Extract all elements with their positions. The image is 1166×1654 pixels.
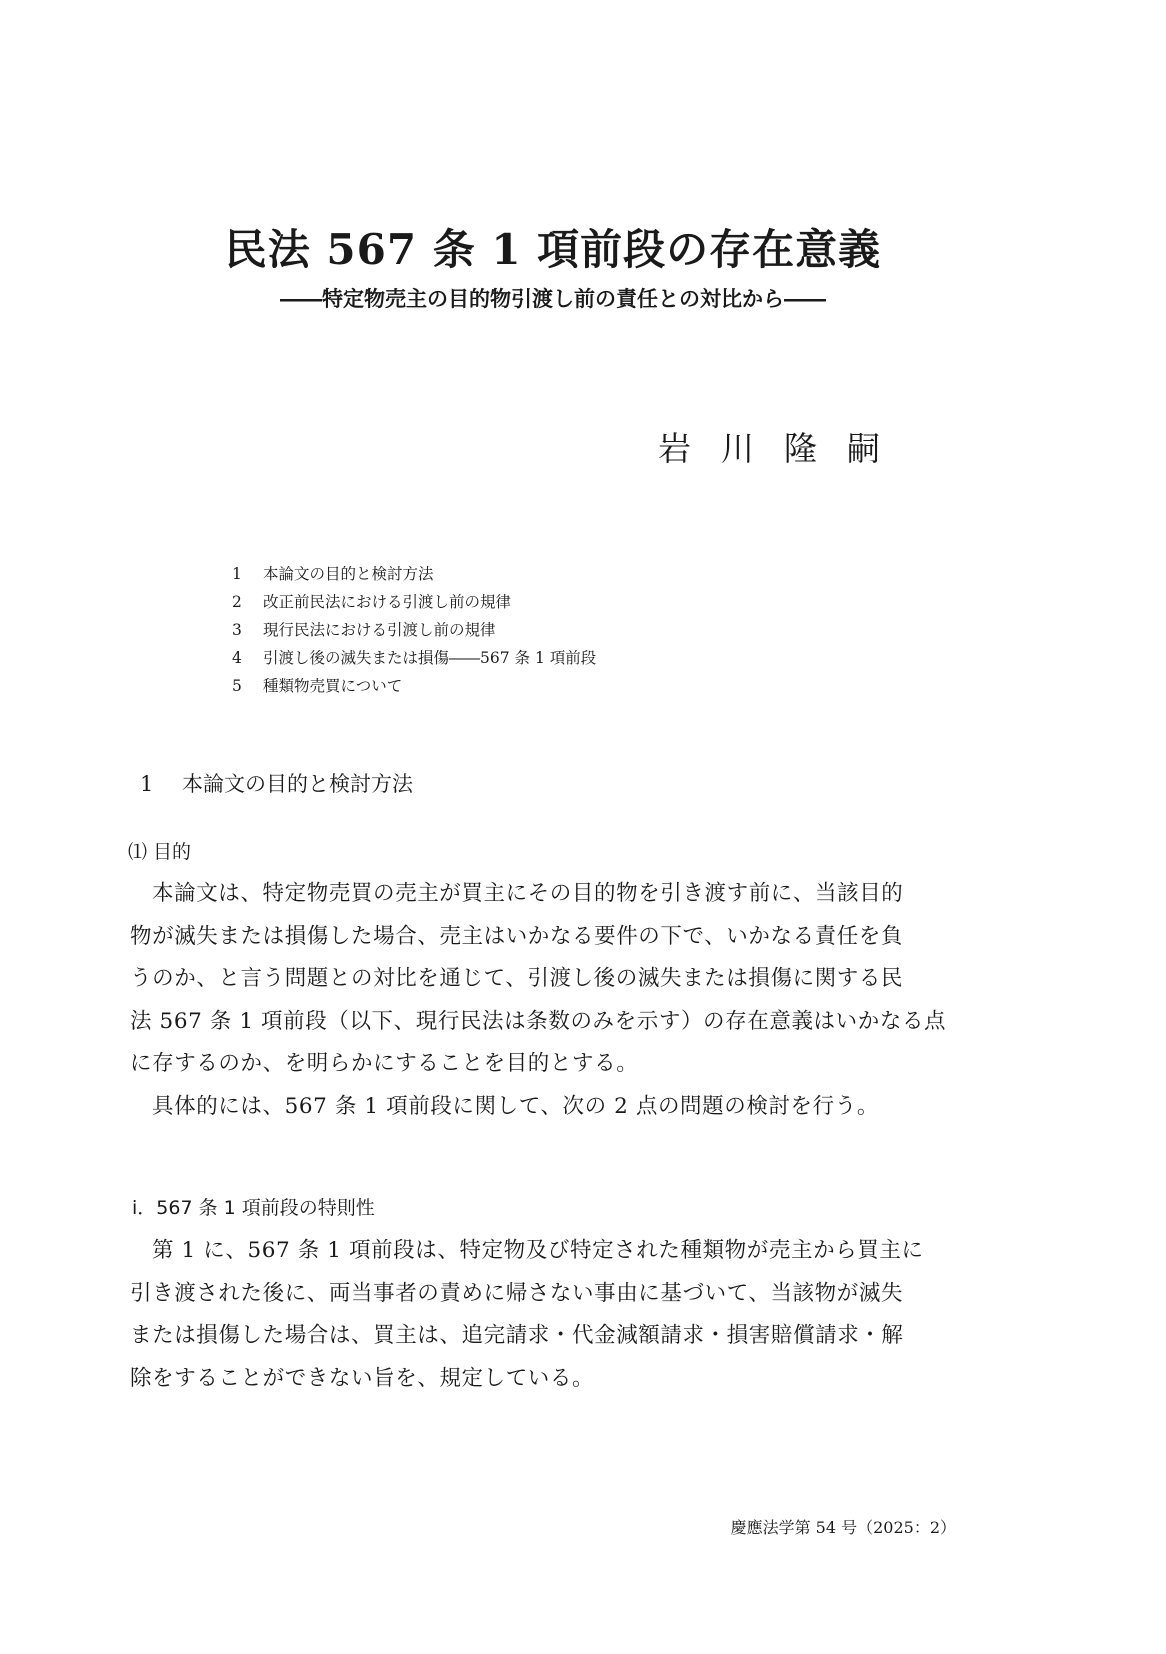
paragraph-line: 引き渡された後に、両当事者の責めに帰さない事由に基づいて、当該物が滅失 <box>130 1273 978 1316</box>
toc-item-label: 改正前民法における引渡し前の規律 <box>263 588 511 616</box>
toc-item: 2 改正前民法における引渡し前の規律 <box>232 588 832 616</box>
paragraph-line: に存するのか、を明らかにすることを目的とする。 <box>130 1043 978 1086</box>
toc-item: 3 現行民法における引渡し前の規律 <box>232 616 832 644</box>
journal-footer: 慶應法学第 54 号（2025：2） <box>640 1514 956 1542</box>
point-heading: ⅰ．567 条 1 項前段の特則性 <box>132 1191 375 1225</box>
toc-item-number: 4 <box>232 644 263 672</box>
paragraph-line: 物が滅失または損傷した場合、売主はいかなる要件の下で、いかなる責任を負 <box>130 916 978 959</box>
paragraph-line: 第 1 に、567 条 1 項前段は、特定物及び特定された種類物が売主から買主に <box>130 1230 978 1273</box>
table-of-contents: 1 本論文の目的と検討方法 2 改正前民法における引渡し前の規律 3 現行民法に… <box>232 560 832 700</box>
paragraph-line: または損傷した場合は、買主は、追完請求・代金減額請求・損害賠償請求・解 <box>130 1315 978 1358</box>
toc-item-label: 現行民法における引渡し前の規律 <box>263 616 496 644</box>
paragraph-line: 除をすることができない旨を、規定している。 <box>130 1358 978 1401</box>
paragraph-line: 法 567 条 1 項前段（以下、現行民法は条数のみを示す）の存在意義はいかなる… <box>130 1001 978 1044</box>
section-number: 1 <box>140 766 182 802</box>
section-heading: 1 本論文の目的と検討方法 <box>140 766 413 802</box>
toc-item-label: 引渡し後の滅失または損傷――567 条 1 項前段 <box>263 644 596 672</box>
toc-item: 1 本論文の目的と検討方法 <box>232 560 832 588</box>
paragraph-purpose: 本論文は、特定物売買の売主が買主にその目的物を引き渡す前に、当該目的 物が滅失ま… <box>130 873 978 1128</box>
paragraph-line: 具体的には、567 条 1 項前段に関して、次の 2 点の問題の検討を行う。 <box>130 1086 978 1129</box>
paragraph-line: うのか、と言う問題との対比を通じて、引渡し後の滅失または損傷に関する民 <box>130 958 978 1001</box>
toc-item-number: 1 <box>232 560 263 588</box>
toc-item: 4 引渡し後の滅失または損傷――567 条 1 項前段 <box>232 644 832 672</box>
toc-item-label: 本論文の目的と検討方法 <box>263 560 434 588</box>
toc-item: 5 種類物売買について <box>232 672 832 700</box>
toc-item-number: 2 <box>232 588 263 616</box>
toc-item-label: 種類物売買について <box>263 672 402 700</box>
subsection-heading: ⑴ 目的 <box>128 835 191 869</box>
paragraph-point1: 第 1 に、567 条 1 項前段は、特定物及び特定された種類物が売主から買主に… <box>130 1230 978 1400</box>
toc-item-number: 3 <box>232 616 263 644</box>
toc-item-number: 5 <box>232 672 263 700</box>
author-name: 岩川隆嗣 <box>600 426 910 472</box>
section-title: 本論文の目的と検討方法 <box>182 766 413 802</box>
article-title: 民法 567 条 1 項前段の存在意義 <box>0 222 1106 278</box>
paragraph-line: 本論文は、特定物売買の売主が買主にその目的物を引き渡す前に、当該目的 <box>130 873 978 916</box>
article-subtitle: ――特定物売主の目的物引渡し前の責任との対比から―― <box>0 284 1106 314</box>
